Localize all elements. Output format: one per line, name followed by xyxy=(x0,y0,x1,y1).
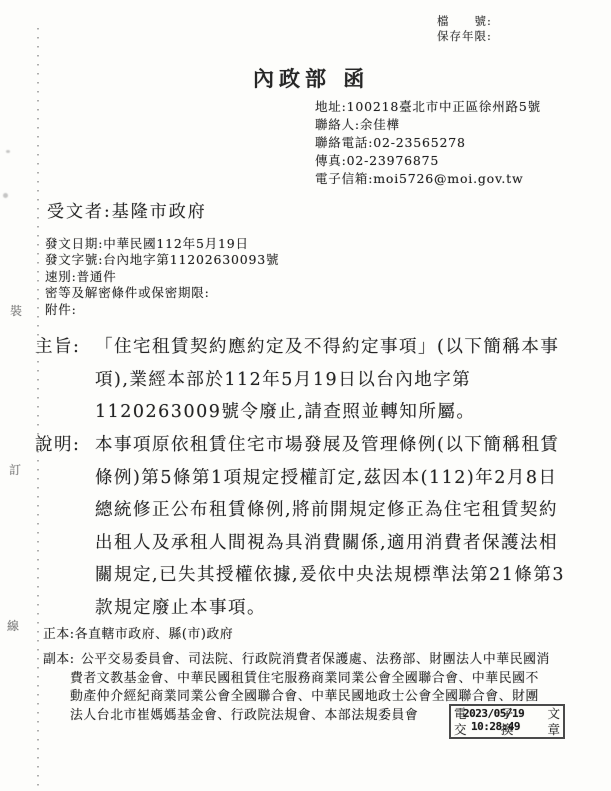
recipient-line: 受文者:基隆市政府 xyxy=(47,197,207,222)
stamp-time: 10:28:49 xyxy=(471,720,520,733)
description-line: 總統修正公布租賃條例,將前開規定修正為住宅租賃契約 xyxy=(95,494,595,527)
file-number-block: 檔 號: 保存年限: xyxy=(437,14,492,43)
agency-contact-block: 地址:100218臺北市中正區徐州路5號 聯絡人:余佳樺 聯絡電話:02-235… xyxy=(315,98,541,188)
cc-line: 費者文教基金會、中華民國租賃住宅服務商業同業公會全國聯合會、中華民國不 xyxy=(70,670,550,689)
subject-line: 1120263009號令廢止,請查照並轉知所屬。 xyxy=(95,396,595,429)
stamp-char: 文 xyxy=(547,706,560,722)
stamp-char: 交 xyxy=(454,722,467,738)
binding-mark-zhuang: 裝 xyxy=(10,302,22,319)
file-number-label: 檔 號: xyxy=(437,14,492,29)
description-line: 出租人及承租人間視為具消費關係,適用消費者保護法相 xyxy=(95,527,595,560)
agency-address: 地址:100218臺北市中正區徐州路5號 xyxy=(315,98,541,116)
issue-date-line: 發文日期:中華民國112年5月19日 xyxy=(45,236,279,252)
description-text: 本事項原依租賃住宅市場發展及管理條例(以下簡稱租賃 條例)第5條第1項規定授權訂… xyxy=(95,429,595,625)
subject-line: 「住宅租賃契約應約定及不得約定事項」(以下簡稱本事 xyxy=(95,331,595,364)
subject-paragraph: 主旨: 「住宅租賃契約應約定及不得約定事項」(以下簡稱本事 項),業經本部於11… xyxy=(35,331,595,429)
scan-speck xyxy=(3,193,8,198)
retention-period-label: 保存年限: xyxy=(437,29,492,44)
doc-number-line: 發文字號:台內地字第11202630093號 xyxy=(45,252,279,268)
scanned-official-letter: 裝 訂 線 檔 號: 保存年限: 內政部 函 地址:100218臺北市中正區徐州… xyxy=(0,0,611,791)
description-label: 說明: xyxy=(35,429,80,462)
contact-email: 電子信箱:moi5726@moi.gov.tw xyxy=(315,170,541,188)
description-line: 本事項原依租賃住宅市場發展及管理條例(以下簡稱租賃 xyxy=(95,429,595,462)
attachment-line: 附件: xyxy=(45,302,279,318)
binding-mark-ding: 訂 xyxy=(9,461,21,478)
subject-text: 「住宅租賃契約應約定及不得約定事項」(以下簡稱本事 項),業經本部於112年5月… xyxy=(95,331,595,429)
electronic-exchange-stamp: 電 子 文 交 換 章 2023/05/19 10:28:49 xyxy=(449,704,565,739)
binding-mark-xian: 線 xyxy=(7,617,19,634)
priority-line: 速別:普通件 xyxy=(45,269,279,285)
stamp-char: 章 xyxy=(547,722,560,738)
contact-phone: 聯絡電話:02-23565278 xyxy=(315,134,541,152)
cc-line: 公平交易委員會、司法院、行政院消費者保護處、法務部、財團法人中華民國消 xyxy=(70,651,550,670)
description-line: 款規定廢止本事項。 xyxy=(95,592,595,625)
description-paragraph: 說明: 本事項原依租賃住宅市場發展及管理條例(以下簡稱租賃 條例)第5條第1項規… xyxy=(35,429,595,625)
scan-speck xyxy=(6,150,10,153)
contact-fax: 傳真:02-23976875 xyxy=(315,152,541,170)
document-title: 內政部 函 xyxy=(253,63,369,93)
description-line: 關規定,已失其授權依據,爰依中央法規標準法第21條第3 xyxy=(95,559,595,592)
subject-line: 項),業經本部於112年5月19日以台內地字第 xyxy=(95,364,595,397)
original-recipients-line: 正本:各直轄市政府、縣(市)政府 xyxy=(43,626,550,644)
security-line: 密等及解密條件或保密期限: xyxy=(45,285,279,301)
subject-label: 主旨: xyxy=(35,331,80,364)
dispatch-meta-block: 發文日期:中華民國112年5月19日 發文字號:台內地字第11202630093… xyxy=(45,236,279,318)
description-line: 條例)第5條第1項規定授權訂定,茲因本(112)年2月8日 xyxy=(95,462,595,495)
stamp-date: 2023/05/19 xyxy=(463,707,524,720)
cc-label: 副本: xyxy=(43,651,75,670)
contact-person: 聯絡人:余佳樺 xyxy=(315,116,541,134)
